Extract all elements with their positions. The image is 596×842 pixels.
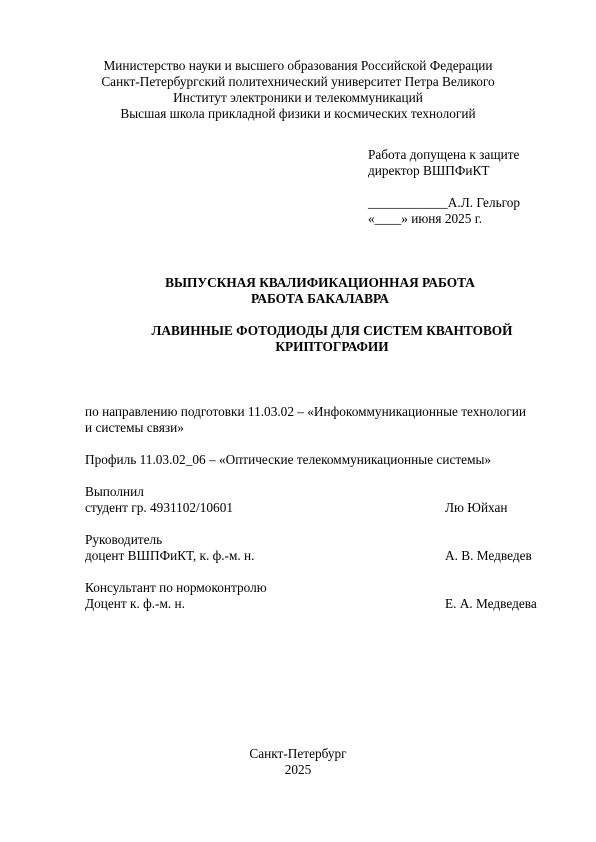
approval-text: Работа допущена к защите — [368, 147, 519, 163]
consultant-name: Е. А. Медведева — [445, 596, 537, 612]
direction-line-1: по направлению подготовки 11.03.02 – «Ин… — [85, 404, 526, 420]
consultant-position: Доцент к. ф.-м. н. — [85, 596, 185, 612]
student-name: Лю Юйхан — [445, 500, 508, 516]
approver-position: директор ВШПФиКТ — [368, 163, 489, 179]
supervisor-position: доцент ВШПФиКТ, к. ф.-м. н. — [85, 548, 254, 564]
city: Санкт-Петербург — [0, 746, 596, 762]
supervisor-role: Руководитель — [85, 532, 162, 548]
work-subtype: РАБОТА БАКАЛАВРА — [22, 291, 596, 307]
supervisor-name: А. В. Медведев — [445, 548, 532, 564]
school-line: Высшая школа прикладной физики и космиче… — [0, 106, 596, 122]
thesis-topic-line-2: КРИПТОГРАФИИ — [34, 339, 596, 355]
approver-signature: ____________А.Л. Гельгор — [368, 195, 520, 211]
institute-line: Институт электроники и телекоммуникаций — [0, 90, 596, 106]
ministry-line: Министерство науки и высшего образования… — [0, 58, 596, 74]
university-line: Санкт-Петербургский политехнический унив… — [0, 74, 596, 90]
thesis-topic-line-1: ЛАВИННЫЕ ФОТОДИОДЫ ДЛЯ СИСТЕМ КВАНТОВОЙ — [34, 323, 596, 339]
direction-line-2: и системы связи» — [85, 420, 184, 436]
work-type: ВЫПУСКНАЯ КВАЛИФИКАЦИОННАЯ РАБОТА — [22, 275, 596, 291]
student-role: Выполнил — [85, 484, 144, 500]
profile-line: Профиль 11.03.02_06 – «Оптические телеко… — [85, 452, 491, 468]
year: 2025 — [0, 762, 596, 778]
student-position: студент гр. 4931102/10601 — [85, 500, 233, 516]
approval-date: «____» июня 2025 г. — [368, 211, 482, 227]
consultant-role: Консультант по нормоконтролю — [85, 580, 267, 596]
